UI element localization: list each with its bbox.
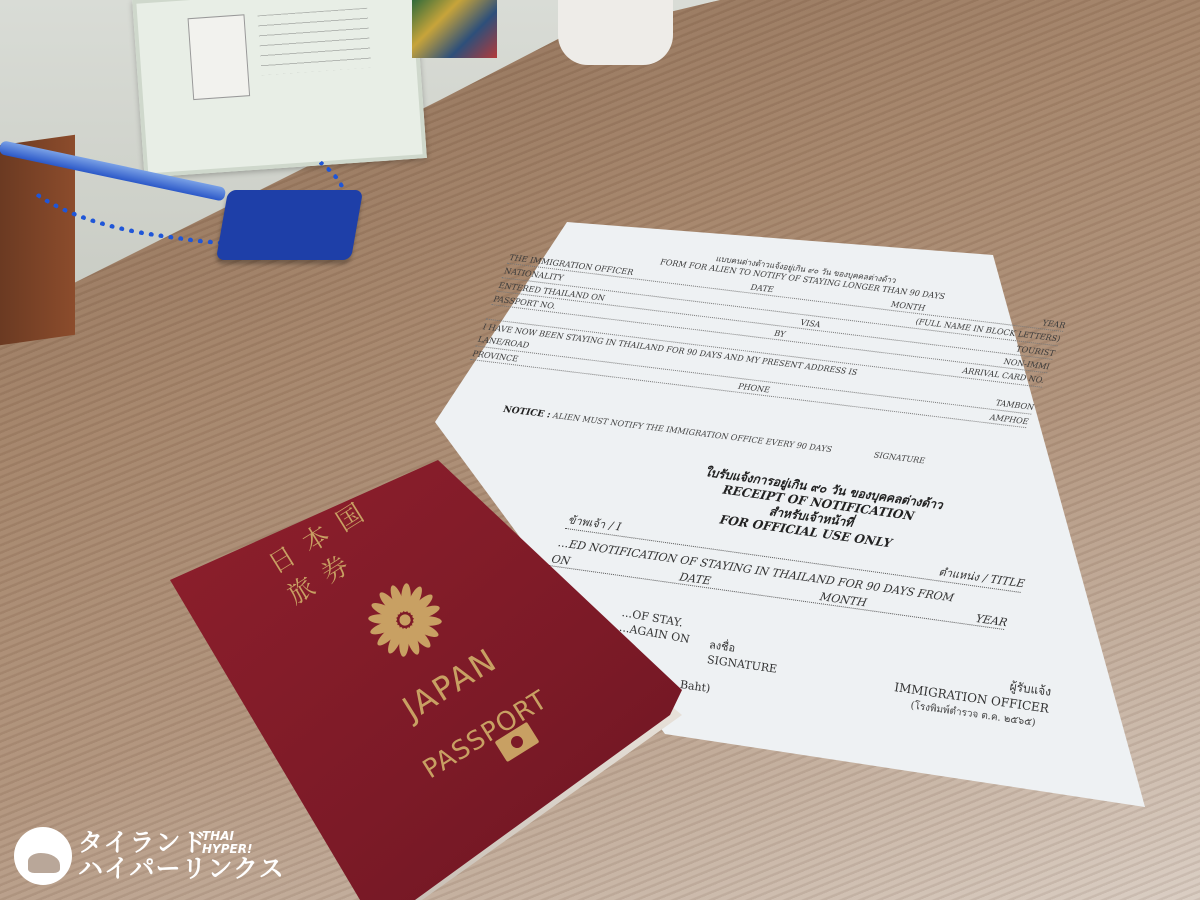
date-label: DATE <box>749 283 776 296</box>
site-logo[interactable]: タイランド ハイパーリンクス THAI HYPER! <box>14 824 285 888</box>
checkbox-tourist[interactable]: TOURIST <box>1014 344 1056 359</box>
card-text-lines <box>258 8 372 76</box>
pen-holder-base <box>216 190 363 260</box>
month-label: MONTH <box>889 300 927 314</box>
year-label: YEAR <box>1040 318 1067 331</box>
white-cloth <box>558 0 673 65</box>
checkbox-non-immi[interactable]: NON-IMMI <box>1002 357 1051 373</box>
portrait-image <box>188 14 251 100</box>
patterned-bag <box>412 0 497 58</box>
elephant-icon <box>14 827 72 885</box>
logo-en: THAI HYPER! <box>202 830 252 856</box>
logo-jp: タイランド ハイパーリンクス <box>78 830 285 883</box>
